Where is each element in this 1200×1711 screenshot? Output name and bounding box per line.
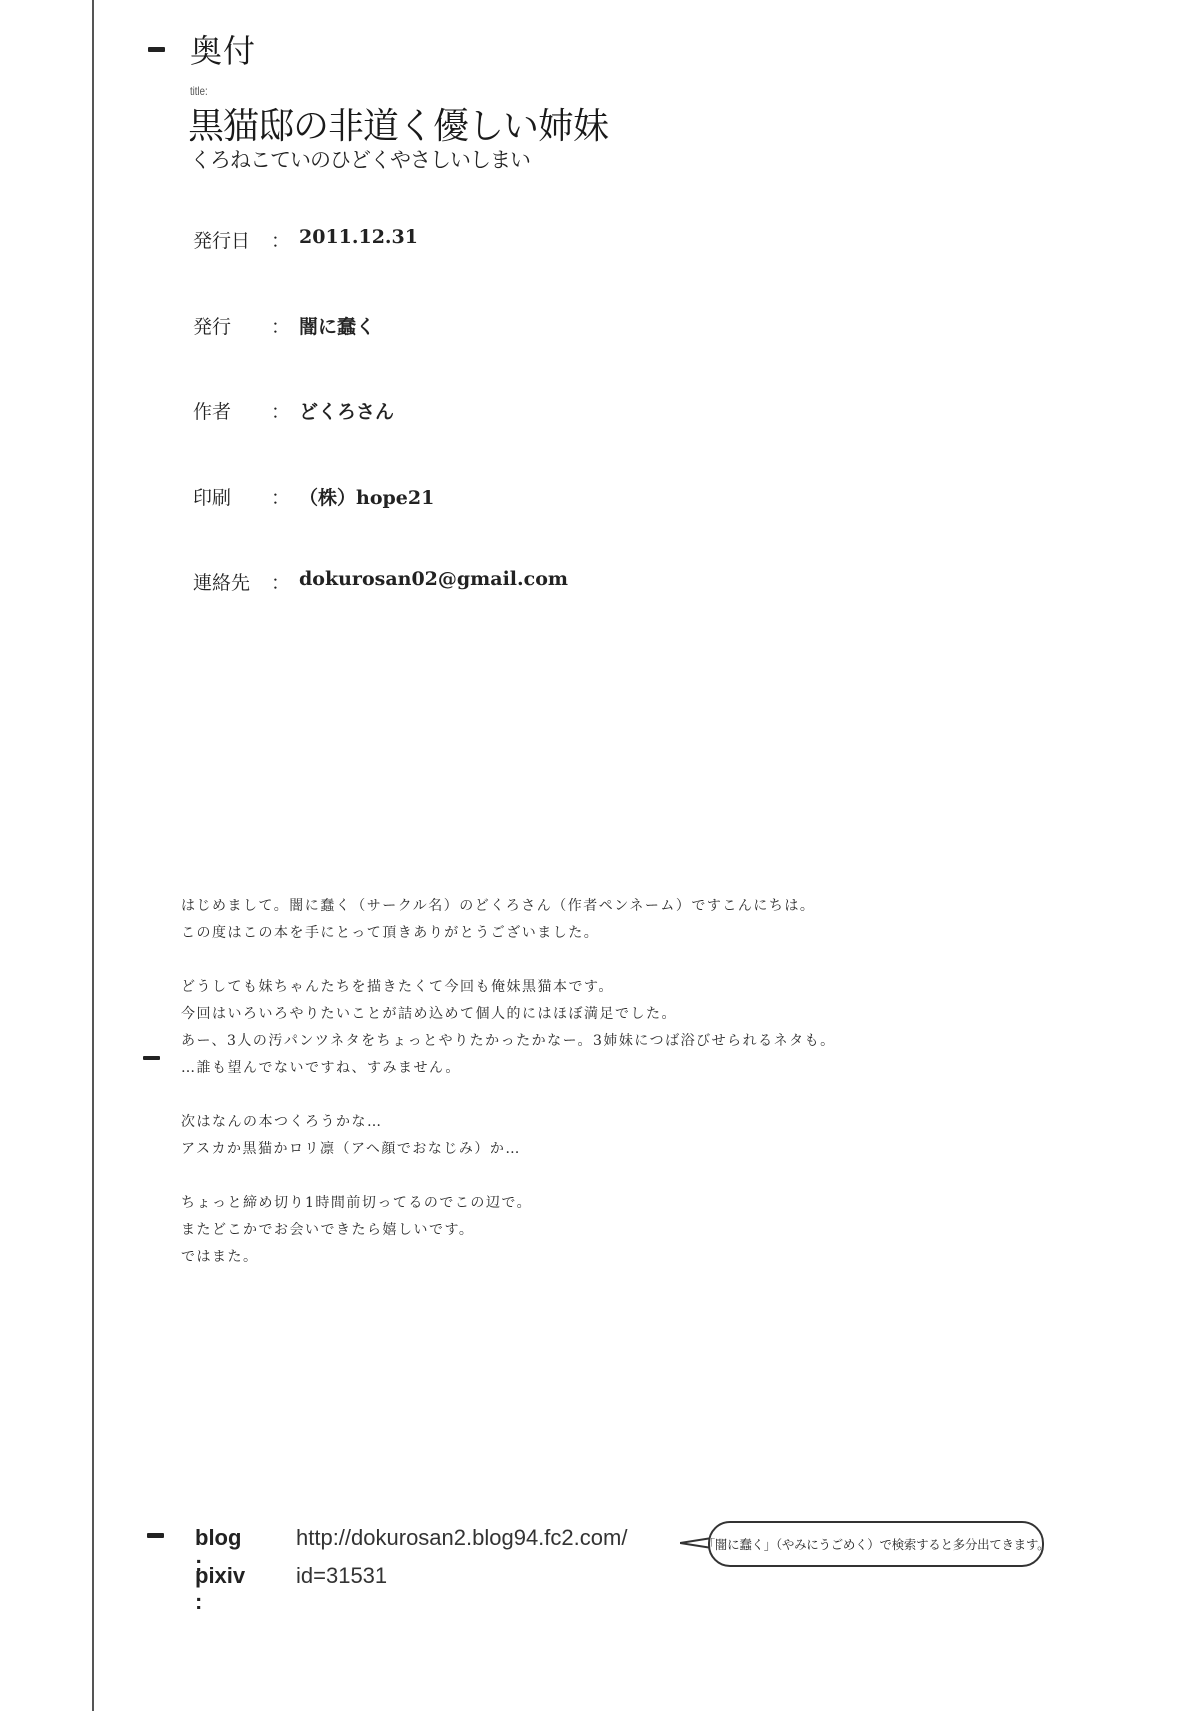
pixiv-label: pixiv : bbox=[195, 1563, 245, 1615]
message-line: …誰も望んでないですね、すみません。 bbox=[181, 1055, 836, 1082]
book-title: 黒猫邸の非道く優しい姉妹 bbox=[188, 98, 608, 149]
author-message: はじめまして。闇に蠢く（サークル名）のどくろさん（作者ペンネーム）ですこんにちは… bbox=[181, 893, 836, 1298]
book-title-reading: くろねこていのひどくやさしいしまい bbox=[190, 144, 530, 174]
info-value: （株）hope21 bbox=[299, 483, 434, 510]
message-line: どうしても妹ちゃんたちを描きたくて今回も俺妹黒猫本です。 bbox=[181, 974, 836, 1001]
message-line: またどこかでお会いできたら嬉しいです。 bbox=[181, 1217, 836, 1244]
message-line: ちょっと締め切り1時間前切ってるのでこの辺で。 bbox=[181, 1190, 836, 1217]
info-label: 作者 bbox=[193, 397, 231, 424]
info-separator: ： bbox=[271, 483, 290, 510]
speech-bubble-text: 「闇に蠢く」（やみにうごめく）で検索すると多分出てきます。 bbox=[703, 1535, 1050, 1553]
message-line: この度はこの本を手にとって頂きありがとうございました。 bbox=[181, 920, 836, 947]
message-line: 今回はいろいろやりたいことが詰め込めて個人的にはほぼ満足でした。 bbox=[181, 1001, 836, 1028]
section-dash-marker bbox=[148, 47, 165, 52]
message-line: 次はなんの本つくろうかな… bbox=[181, 1109, 836, 1136]
info-label: 連絡先 bbox=[193, 568, 250, 595]
info-separator: ： bbox=[271, 312, 290, 339]
info-value: 2011.12.31 bbox=[299, 226, 418, 248]
message-line: あー、3人の汚パンツネタをちょっとやりたかったかなー。3姉妹につば浴びせられるネ… bbox=[181, 1028, 836, 1055]
blog-url-link[interactable]: http://dokurosan2.blog94.fc2.com/ bbox=[296, 1525, 627, 1551]
message-paragraph: どうしても妹ちゃんたちを描きたくて今回も俺妹黒猫本です。 今回はいろいろやりたい… bbox=[181, 974, 836, 1082]
info-separator: ： bbox=[271, 397, 290, 424]
pixiv-id: id=31531 bbox=[296, 1563, 387, 1589]
message-line: アスカか黒猫かロリ凛（アヘ顔でおなじみ）か… bbox=[181, 1136, 836, 1163]
info-label: 印刷 bbox=[193, 483, 231, 510]
title-label: title: bbox=[190, 84, 208, 98]
links-dash-marker bbox=[147, 1533, 164, 1538]
info-separator: ： bbox=[271, 226, 290, 253]
info-value: どくろさん bbox=[299, 397, 394, 424]
message-paragraph: はじめまして。闇に蠢く（サークル名）のどくろさん（作者ペンネーム）ですこんにちは… bbox=[181, 893, 836, 947]
info-label: 発行 bbox=[193, 312, 231, 339]
message-line: はじめまして。闇に蠢く（サークル名）のどくろさん（作者ペンネーム）ですこんにちは… bbox=[181, 893, 836, 920]
info-label: 発行日 bbox=[193, 226, 250, 253]
info-value: 闇に蠢く bbox=[299, 312, 375, 339]
info-separator: ： bbox=[271, 568, 290, 595]
section-title: 奥付 bbox=[190, 26, 256, 72]
page-gutter-line bbox=[92, 0, 94, 1711]
search-hint-speech-bubble: 「闇に蠢く」（やみにうごめく）で検索すると多分出てきます。 bbox=[708, 1521, 1044, 1567]
message-line: ではまた。 bbox=[181, 1244, 836, 1271]
message-paragraph: ちょっと締め切り1時間前切ってるのでこの辺で。 またどこかでお会いできたら嬉しい… bbox=[181, 1190, 836, 1271]
message-dash-marker bbox=[143, 1056, 160, 1060]
message-paragraph: 次はなんの本つくろうかな… アスカか黒猫かロリ凛（アヘ顔でおなじみ）か… bbox=[181, 1109, 836, 1163]
contact-email[interactable]: dokurosan02@gmail.com bbox=[299, 568, 568, 590]
